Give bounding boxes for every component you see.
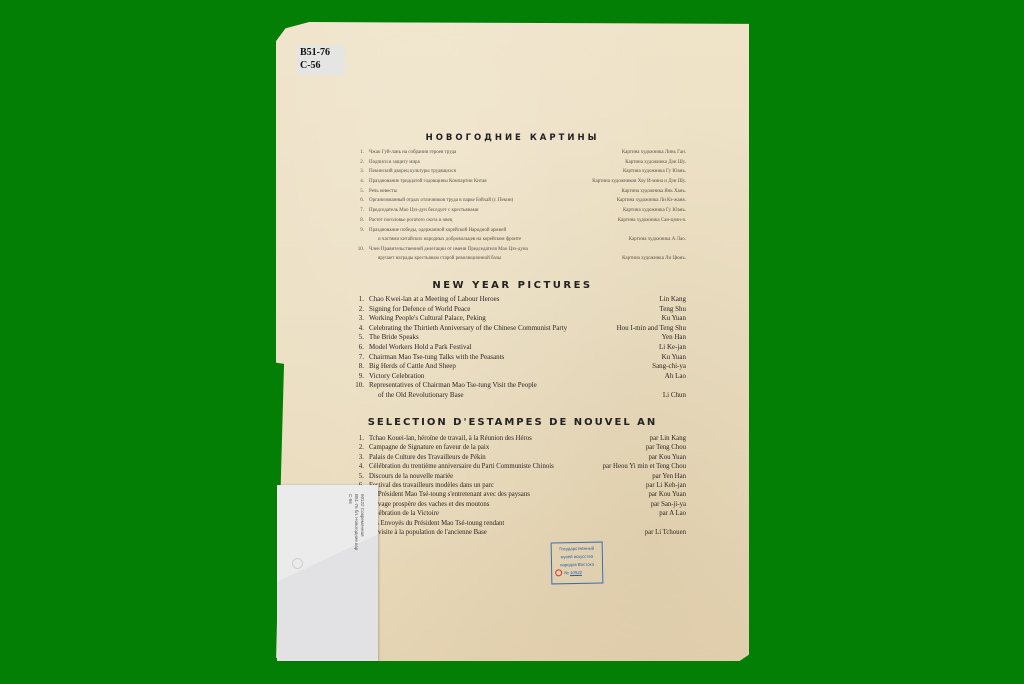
- catalog-label: B51-76 C-56: [297, 45, 345, 75]
- catalog-label-line1: B51-76: [300, 46, 342, 59]
- item-artist: Li Ke-jan: [659, 343, 686, 353]
- item-title: Big Herds of Cattle And Sheep: [369, 362, 456, 372]
- item-number: 3.: [352, 453, 364, 462]
- item-number: 3.: [352, 167, 364, 177]
- french-list: 1.Tchao Kouei-lan, héroïne de travail, à…: [352, 434, 686, 537]
- list-item: 9.Victory CelebrationAh Lao: [352, 372, 686, 382]
- stamp-number-label: №: [564, 570, 569, 575]
- item-title: Celebrating the Thirtieth Anniversary of…: [369, 324, 567, 334]
- item-artist: Lin Kang: [659, 295, 686, 305]
- list-item: 10.Les Envoyés du Président Mao Tsé-toun…: [352, 519, 686, 538]
- item-title: Elevage prospère des vaches et des mouto…: [369, 500, 489, 509]
- list-item: 7.Председатель Мао Цзэ-дун беседует с кр…: [352, 206, 686, 216]
- list-item: 2.Signing for Defence of World PeaceTeng…: [352, 305, 686, 315]
- item-number: 4.: [352, 462, 364, 471]
- item-number: 1.: [352, 434, 364, 443]
- item-number: 1.: [352, 148, 364, 158]
- list-item: 3.Palais de Culture des Travailleurs de …: [352, 453, 686, 462]
- item-artist: Teng Shu: [659, 305, 686, 315]
- item-title: Председатель Мао Цзэ-дун беседует с крес…: [369, 206, 478, 216]
- item-artist: Картина художника Дэн Шу.: [625, 158, 686, 168]
- item-title: Le Président Mao Tsé-toung s'entretenant…: [369, 490, 530, 499]
- item-artist: par San-ji-ya: [651, 500, 686, 509]
- list-item: 4.Célébration du trentième anniversaire …: [352, 462, 686, 471]
- item-number: 10.: [352, 245, 364, 255]
- item-artist: Hou I-min and Teng Shu: [617, 324, 686, 334]
- item-number: 7.: [352, 206, 364, 216]
- item-number: 6.: [352, 343, 364, 353]
- item-artist: Картина художника Сан-цзин-я.: [618, 216, 686, 226]
- item-artist: Yen Han: [662, 333, 686, 343]
- stamp-circle-icon: [555, 570, 562, 577]
- english-list: 1.Chao Kwei-lan at a Meeting of Labour H…: [352, 295, 686, 400]
- list-item: 6.Model Workers Hold a Park FestivalLi K…: [352, 343, 686, 353]
- envelope-hole-icon: [292, 558, 303, 569]
- item-number: 10.: [352, 381, 364, 391]
- item-title: The Bride Speaks: [369, 333, 419, 343]
- museum-stamp: Государственный музей искусства народов …: [551, 542, 604, 585]
- list-item: 7.Chairman Mao Tse-tung Talks with the P…: [352, 353, 686, 363]
- item-title-continued: вручает награды крестьянам старой револю…: [378, 254, 501, 264]
- list-item: 8.Big Herds of Cattle And SheepSang-chi-…: [352, 362, 686, 372]
- item-artist: Картина художника Янь Хань.: [621, 187, 686, 197]
- list-item: 4.Celebrating the Thirtieth Anniversary …: [352, 324, 686, 334]
- item-artist: par Lin Kang: [650, 434, 686, 443]
- item-artist: Картина художников Хоу И-мина и Дэн Шу.: [592, 177, 686, 187]
- item-title: Célébration du trentième anniversaire du…: [369, 462, 554, 471]
- item-artist: par Kou Yuan: [649, 453, 687, 462]
- envelope-note-line: В51-76 бл. Новогодние кар: [353, 494, 359, 554]
- item-artist: par Yen Han: [652, 472, 686, 481]
- list-item: 4.Празднование тридцатой годовщины Компа…: [352, 177, 686, 187]
- item-number: 4.: [352, 177, 364, 187]
- list-item: 5.The Bride SpeaksYen Han: [352, 333, 686, 343]
- item-title: Chairman Mao Tse-tung Talks with the Pea…: [369, 353, 504, 363]
- list-item: 8.Elevage prospère des vaches et des mou…: [352, 500, 686, 509]
- item-title: Чжао Гуй-лань на собрании героев труда: [369, 148, 456, 158]
- list-item: 3.Пекинский дворец культуры трудящихсяКа…: [352, 167, 686, 177]
- french-section-title: SELECTION D'ESTAMPES DE NOUVEL AN: [276, 417, 749, 428]
- item-number: 8.: [352, 362, 364, 372]
- item-artist: par A Lao: [659, 509, 686, 518]
- item-artist: Ah Lao: [665, 372, 686, 382]
- item-artist: Картина художника Линь Ган.: [622, 148, 686, 158]
- english-section-title: NEW YEAR PICTURES: [276, 280, 749, 291]
- envelope-note: 60122 Современная В51-76 бл. Новогодние …: [305, 494, 365, 554]
- stamp-number: 10522: [570, 570, 582, 575]
- item-title: Празднование победы, одержанной корейско…: [369, 226, 506, 236]
- item-number: 3.: [352, 314, 364, 324]
- item-artist: Ku Yuan: [662, 353, 686, 363]
- item-title: Signing for Defence of World Peace: [369, 305, 470, 315]
- item-number: 9.: [352, 226, 364, 236]
- item-title: Festival des travailleurs modèles dans u…: [369, 481, 494, 490]
- item-number: 9.: [352, 372, 364, 382]
- item-title: Chao Kwei-lan at a Meeting of Labour Her…: [369, 295, 499, 305]
- item-title: Подписи в защиту мира: [369, 158, 420, 168]
- item-number: 7.: [352, 353, 364, 363]
- list-item: 10.Член Правительственной делегации от и…: [352, 245, 686, 264]
- russian-section-title: НОВОГОДНИЕ КАРТИНЫ: [276, 133, 749, 143]
- list-item: 6.Festival des travailleurs modèles dans…: [352, 481, 686, 490]
- item-number: 6.: [352, 196, 364, 206]
- list-item: 9.Празднование победы, одержанной корейс…: [352, 226, 686, 245]
- item-number: 2.: [352, 305, 364, 315]
- item-number: 5.: [352, 187, 364, 197]
- item-title: Representatives of Chairman Mao Tse-tung…: [369, 381, 537, 391]
- list-item: 9.Célébration de la Victoirepar A Lao: [352, 509, 686, 518]
- item-title-continued: visite à la population de l'ancienne Bas…: [378, 528, 487, 537]
- item-artist: Картина художника Гу Юань.: [623, 206, 686, 216]
- catalog-label-line2: C-56: [300, 59, 342, 72]
- list-item: 8.Растет поголовье рогатого скота и овец…: [352, 216, 686, 226]
- item-number: 2.: [352, 158, 364, 168]
- stamp-number-line: № 10522: [552, 569, 602, 578]
- list-item: 6.Организованный отдых отличников труда …: [352, 196, 686, 206]
- item-title-continued: of the Old Revolutionary Base: [378, 391, 464, 401]
- item-title: Растет поголовье рогатого скота и овец: [369, 216, 452, 226]
- item-artist: par Heou Yi min et Teng Chou: [603, 462, 686, 471]
- item-artist: Картина художника А Лао.: [629, 235, 686, 245]
- item-title: Working People's Cultural Palace, Peking: [369, 314, 486, 324]
- item-artist: Li Chun: [663, 391, 686, 401]
- item-number: 8.: [352, 216, 364, 226]
- item-number: 1.: [352, 295, 364, 305]
- item-title: Célébration de la Victoire: [369, 509, 439, 518]
- item-number: 2.: [352, 443, 364, 452]
- envelope-note-line: 60122 Современная: [359, 494, 365, 554]
- item-artist: par Li Keh-jan: [646, 481, 686, 490]
- list-item: 5.Речь невестыКартина художника Янь Хань…: [352, 187, 686, 197]
- item-artist: par Teng Chou: [646, 443, 686, 452]
- item-number: 5.: [352, 333, 364, 343]
- item-title: Празднование тридцатой годовщины Компарт…: [369, 177, 487, 187]
- list-item: 10.Representatives of Chairman Mao Tse-t…: [352, 381, 686, 400]
- item-title: Victory Celebration: [369, 372, 424, 382]
- item-title: Член Правительственной делегации от имен…: [369, 245, 528, 255]
- list-item: 1.Chao Kwei-lan at a Meeting of Labour H…: [352, 295, 686, 305]
- list-item: 2.Campagne de Signature en faveur de la …: [352, 443, 686, 452]
- item-title: Discours de la nouvelle mariée: [369, 472, 453, 481]
- item-title: Les Envoyés du Président Mao Tsé-toung r…: [369, 519, 504, 528]
- item-artist: Картина художника Ли Цюнь.: [622, 254, 686, 264]
- item-number: 5.: [352, 472, 364, 481]
- item-artist: Ku Yuan: [662, 314, 686, 324]
- item-title: Организованный отдых отличников труда в …: [369, 196, 513, 206]
- list-item: 5.Discours de la nouvelle mariéepar Yen …: [352, 472, 686, 481]
- list-item: 3.Working People's Cultural Palace, Peki…: [352, 314, 686, 324]
- item-title: Tchao Kouei-lan, héroïne de travail, à l…: [369, 434, 532, 443]
- list-item: 2.Подписи в защиту мираКартина художника…: [352, 158, 686, 168]
- item-title: Пекинский дворец культуры трудящихся: [369, 167, 456, 177]
- list-item: 1.Tchao Kouei-lan, héroïne de travail, à…: [352, 434, 686, 443]
- item-number: 4.: [352, 324, 364, 334]
- item-artist: Sang-chi-ya: [652, 362, 686, 372]
- item-artist: par Kou Yuan: [649, 490, 687, 499]
- item-artist: Картина художника Гу Юань.: [623, 167, 686, 177]
- russian-list: 1.Чжао Гуй-лань на собрании героев труда…: [352, 148, 686, 264]
- item-title: Campagne de Signature en faveur de la pa…: [369, 443, 489, 452]
- item-artist: par Li Tchouen: [645, 528, 686, 537]
- list-item: 1.Чжао Гуй-лань на собрании героев труда…: [352, 148, 686, 158]
- list-item: 7.Le Président Mao Tsé-toung s'entretena…: [352, 490, 686, 499]
- item-title: Palais de Culture des Travailleurs de Pé…: [369, 453, 486, 462]
- item-title-continued: и частями китайских народных добровольце…: [378, 235, 521, 245]
- item-artist: Картина художника Ли Кэ-жаня.: [617, 196, 686, 206]
- item-title: Model Workers Hold a Park Festival: [369, 343, 472, 353]
- item-title: Речь невесты: [369, 187, 397, 197]
